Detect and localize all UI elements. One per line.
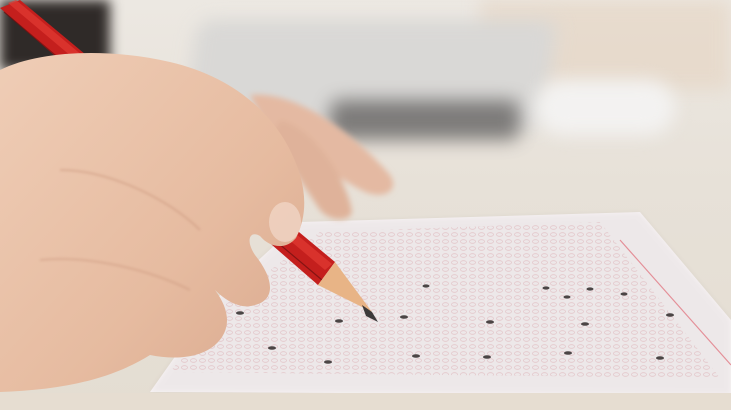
thumbnail — [269, 202, 301, 242]
photo-scene: Hand holding a red pencil filling in an … — [0, 0, 731, 410]
scene-illustration — [0, 0, 731, 410]
